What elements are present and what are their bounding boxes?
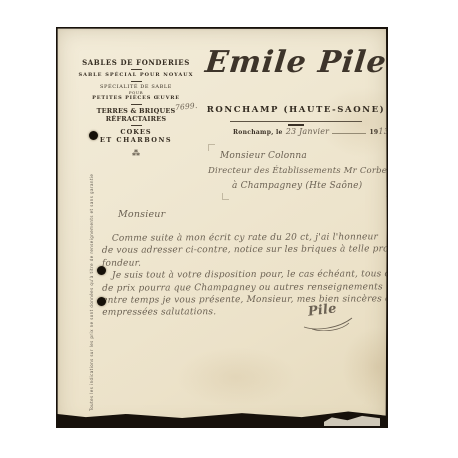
recipient-title: Directeur des Établissements Mr Corbey <box>206 164 402 179</box>
corner-mark <box>222 193 229 200</box>
divider <box>131 104 142 105</box>
corner-mark <box>386 190 393 197</box>
product-line-cokes: COKES <box>66 128 206 136</box>
signature-flourish <box>302 315 356 331</box>
dateline-handwritten-year: 13 <box>378 127 389 136</box>
punch-hole <box>89 131 98 140</box>
salutation: Monsieur <box>118 209 165 220</box>
body-line: Je suis tout à votre disposition pour, l… <box>102 268 404 282</box>
letter-paper: SABLES DE FONDERIES SABLE SPÉCIAL POUR N… <box>56 27 388 428</box>
header-rule <box>204 121 388 126</box>
dateline-year-prefix: 19 <box>369 129 378 136</box>
letter-body: Comme suite à mon écrit cy rate du 20 ct… <box>102 231 404 319</box>
vertical-margin-disclaimer: Toutes les indications sur les prix ne s… <box>89 145 95 411</box>
recipient-city: à Champagney (Hte Saône) <box>206 179 402 194</box>
body-line: de vous adresser ci-contre, notice sur l… <box>102 244 404 258</box>
torn-paper-fragment <box>324 415 380 426</box>
company-name: Emile Pile <box>202 43 390 83</box>
punch-hole <box>97 266 106 275</box>
product-line-petites-pieces: PETITES PIÈCES ŒUVRE <box>66 95 206 102</box>
scanned-letter-photo: SABLES DE FONDERIES SABLE SPÉCIAL POUR N… <box>0 0 458 458</box>
header-rule-thin <box>230 121 362 122</box>
product-line-sables: SABLES DE FONDERIES <box>66 58 206 67</box>
body-line: empressées salutations. <box>102 306 404 320</box>
recipient-name: Monsieur Colonna <box>206 149 402 164</box>
company-location: RONCHAMP (HAUTE-SAONE) <box>204 105 388 115</box>
product-line-sable-special: SABLE SPÉCIAL POUR NOYAUX <box>66 72 206 79</box>
photo-dark-background: SABLES DE FONDERIES SABLE SPÉCIAL POUR N… <box>56 27 388 428</box>
divider <box>131 125 142 126</box>
fleuron-ornament: ⁂ <box>66 150 206 158</box>
paper-stain <box>176 347 296 407</box>
header-rule-thick <box>288 124 304 126</box>
product-line-charbons: ET CHARBONS <box>66 136 206 144</box>
punch-hole <box>97 297 106 306</box>
body-line: entre temps je vous présente, Monsieur, … <box>102 293 404 307</box>
dateline-printed-place: Ronchamp, le <box>233 129 283 136</box>
divider <box>131 81 142 82</box>
paper-stain <box>342 327 412 407</box>
dateline-rule <box>332 127 366 134</box>
dateline-handwritten-date: 23 Janvier <box>286 127 330 136</box>
dateline: Ronchamp, le 23 Janvier 19 13 <box>233 127 389 136</box>
corner-mark <box>393 147 400 154</box>
letterhead-header: Emile Pile RONCHAMP (HAUTE-SAONE) <box>204 43 388 126</box>
divider <box>131 69 142 70</box>
recipient-address: Monsieur Colonna Directeur des Établisse… <box>206 149 402 194</box>
